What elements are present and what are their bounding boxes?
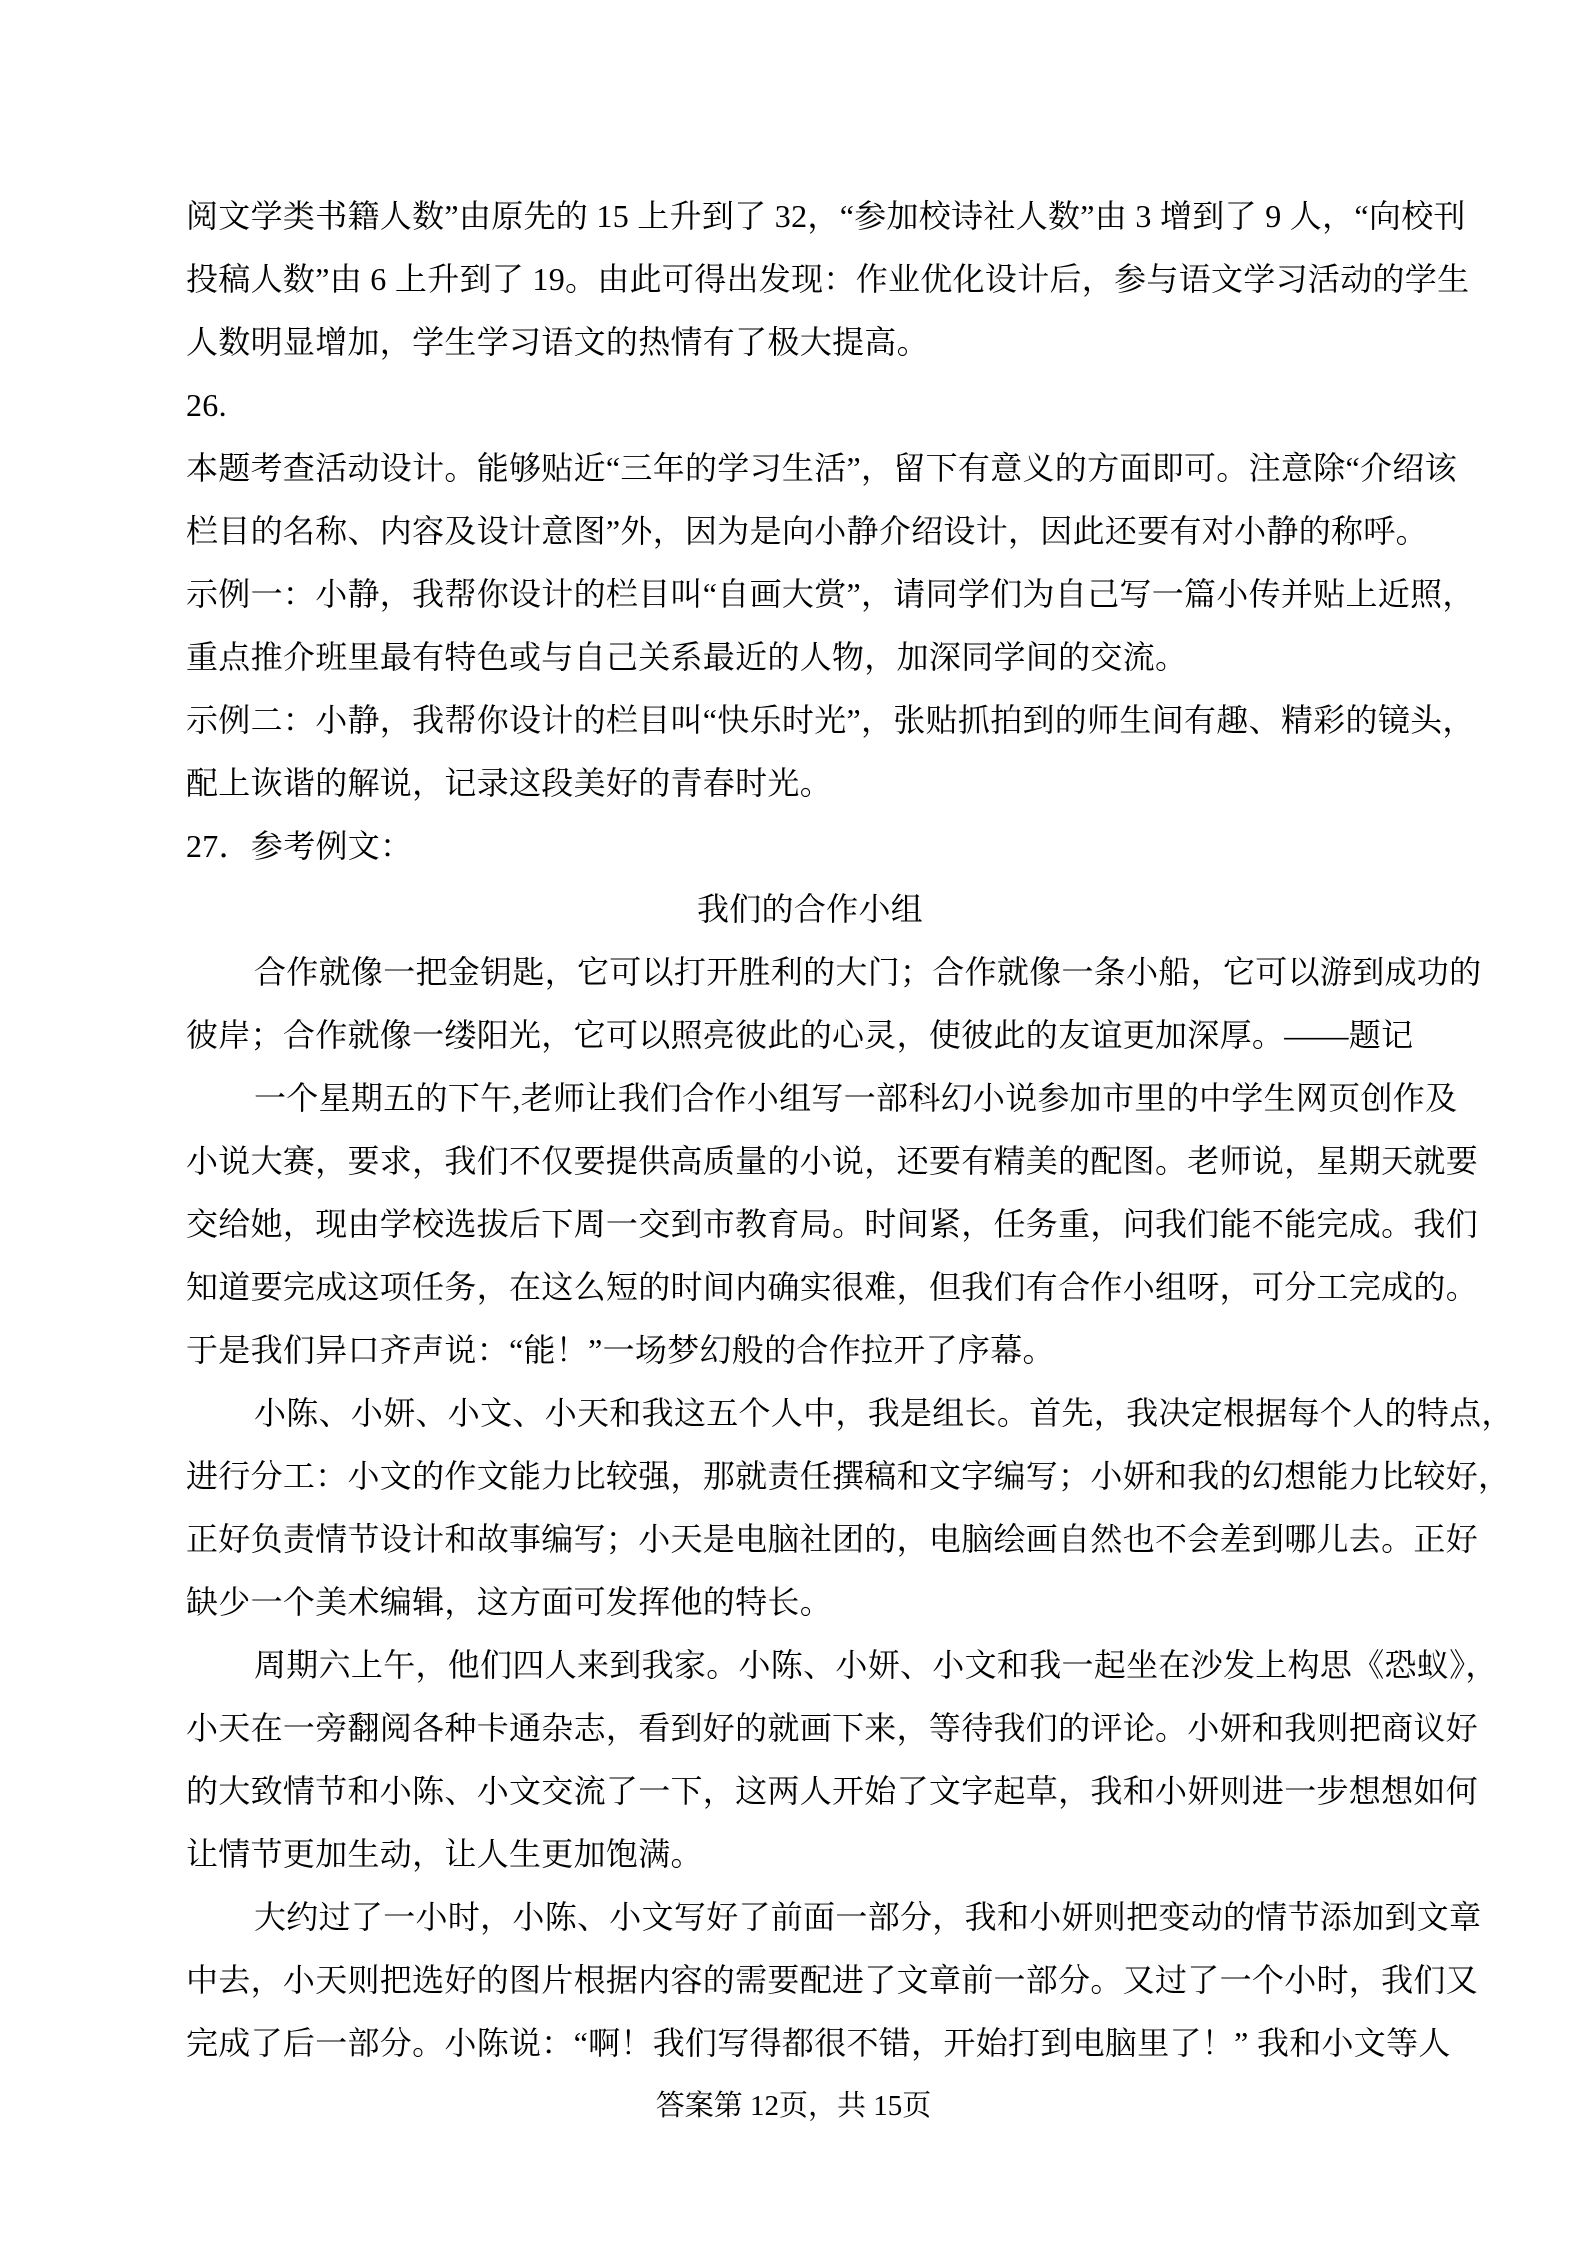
text-line: 27．参考例文： (186, 815, 1434, 878)
text-line: 重点推介班里最有特色或与自己关系最近的人物，加深同学间的交流。 (186, 626, 1434, 689)
text-line: 合作就像一把金钥匙，它可以打开胜利的大门；合作就像一条小船，它可以游到成功的 (186, 941, 1434, 1004)
text-line: 缺少一个美术编辑，这方面可发挥他的特长。 (186, 1571, 1434, 1634)
document-page: 阅文学类书籍人数”由原先的 15 上升到了 32，“参加校诗社人数”由 3 增到… (0, 0, 1587, 2245)
text-line: 正好负责情节设计和故事编写；小天是电脑社团的，电脑绘画自然也不会差到哪儿去。正好 (186, 1508, 1434, 1571)
text-line: 大约过了一小时，小陈、小文写好了前面一部分，我和小妍则把变动的情节添加到文章 (186, 1886, 1434, 1949)
text-line: 交给她，现由学校选拔后下周一交到市教育局。时间紧，任务重，问我们能不能完成。我们 (186, 1193, 1434, 1256)
text-line: 的大致情节和小陈、小文交流了一下，这两人开始了文字起草，我和小妍则进一步想想如何 (186, 1760, 1434, 1823)
text-line: 投稿人数”由 6 上升到了 19。由此可得出发现：作业优化设计后，参与语文学习活… (186, 248, 1434, 311)
text-line: 小天在一旁翻阅各种卡通杂志，看到好的就画下来，等待我们的评论。小妍和我则把商议好 (186, 1697, 1434, 1760)
page-footer: 答案第 12页，共 15页 (0, 2075, 1587, 2138)
text-line: 示例一：小静，我帮你设计的栏目叫“自画大赏”，请同学们为自己写一篇小传并贴上近照… (186, 563, 1434, 626)
text-line: 小陈、小妍、小文、小天和我这五个人中，我是组长。首先，我决定根据每个人的特点， (186, 1382, 1434, 1445)
text-line: 本题考查活动设计。能够贴近“三年的学习生活”，留下有意义的方面即可。注意除“介绍… (186, 437, 1434, 500)
text-line: 一个星期五的下午,老师让我们合作小组写一部科幻小说参加市里的中学生网页创作及 (186, 1067, 1434, 1130)
essay-title-line: 我们的合作小组 (186, 878, 1434, 941)
text-line: 于是我们异口齐声说：“能！”一场梦幻般的合作拉开了序幕。 (186, 1319, 1434, 1382)
document-body: 阅文学类书籍人数”由原先的 15 上升到了 32，“参加校诗社人数”由 3 增到… (186, 185, 1434, 2075)
text-line: 小说大赛，要求，我们不仅要提供高质量的小说，还要有精美的配图。老师说，星期天就要 (186, 1130, 1434, 1193)
text-line: 进行分工：小文的作文能力比较强，那就责任撰稿和文字编写；小妍和我的幻想能力比较好… (186, 1445, 1434, 1508)
text-line: 中去，小天则把选好的图片根据内容的需要配进了文章前一部分。又过了一个小时，我们又 (186, 1949, 1434, 2012)
text-line: 人数明显增加，学生学习语文的热情有了极大提高。 (186, 311, 1434, 374)
text-line: 知道要完成这项任务，在这么短的时间内确实很难，但我们有合作小组呀，可分工完成的。 (186, 1256, 1434, 1319)
text-line: 26. (186, 374, 1434, 437)
text-line: 周期六上午，他们四人来到我家。小陈、小妍、小文和我一起坐在沙发上构思《恐蚁》， (186, 1634, 1434, 1697)
text-line: 示例二：小静，我帮你设计的栏目叫“快乐时光”，张贴抓拍到的师生间有趣、精彩的镜头… (186, 689, 1434, 752)
text-line: 栏目的名称、内容及设计意图”外，因为是向小静介绍设计，因此还要有对小静的称呼。 (186, 500, 1434, 563)
text-line: 彼岸；合作就像一缕阳光，它可以照亮彼此的心灵，使彼此的友谊更加深厚。——题记 (186, 1004, 1434, 1067)
text-line: 让情节更加生动，让人生更加饱满。 (186, 1823, 1434, 1886)
text-line: 配上诙谐的解说，记录这段美好的青春时光。 (186, 752, 1434, 815)
text-line: 阅文学类书籍人数”由原先的 15 上升到了 32，“参加校诗社人数”由 3 增到… (186, 185, 1434, 248)
text-line: 完成了后一部分。小陈说：“啊！我们写得都很不错，开始打到电脑里了！” 我和小文等… (186, 2012, 1434, 2075)
